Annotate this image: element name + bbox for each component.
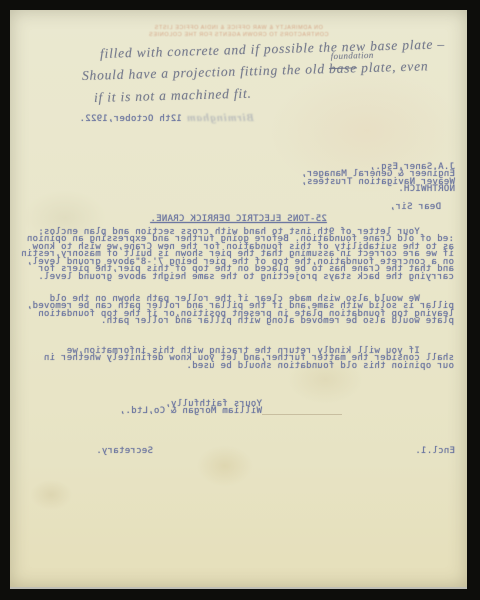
company-name: William Morgan & Co,Ltd., (120, 408, 262, 415)
letterhead-bleed-line-2: CONTRACTORS TO CROWN AGENTS FOR THE COLO… (10, 32, 467, 38)
letterhead-bleed-line-1: ON ADMIRALTY & WAR OFFICE & INDIA OFFICE… (10, 25, 467, 31)
letter-paper: ON ADMIRALTY & WAR OFFICE & INDIA OFFICE… (10, 10, 467, 587)
paragraph-2: We would also wish made clear if the rol… (14, 296, 454, 326)
scanned-letter-photo: ON ADMIRALTY & WAR OFFICE & INDIA OFFICE… (0, 0, 480, 600)
recipient-address-block: J.A.Saner,Esq., Engineer & General Manag… (301, 164, 455, 194)
letterhead-place-name: Birmingham (186, 112, 254, 124)
letter-date: 12th October,1922. (79, 114, 182, 124)
closing-block: Yours faithfully, William Morgan & Co,Lt… (120, 401, 262, 416)
paragraph-1: Your letter of 9th inst to hand with cro… (14, 229, 454, 281)
body-line: plate would also be removed along with p… (14, 318, 454, 325)
subject-heading: 25-TONS ELECTRIC DERRICK CRANE. (10, 214, 467, 224)
signatory-title: Secretary. (96, 448, 153, 455)
date-line: Birmingham12th October,1922. (79, 106, 254, 125)
recipient-town: NORTHWICH. (301, 186, 455, 193)
body-line: carrying the back stays projecting to th… (14, 274, 454, 281)
paragraph-3: If you will kindly return the tracing wi… (14, 348, 454, 370)
salutation: Dear Sir, (390, 204, 441, 211)
signature-rule (262, 414, 342, 415)
typed-letter-mirrored: ON ADMIRALTY & WAR OFFICE & INDIA OFFICE… (10, 10, 467, 587)
body-line: our opinion this old foundation should b… (14, 363, 454, 370)
enclosure-note: Encl.1. (415, 448, 455, 455)
